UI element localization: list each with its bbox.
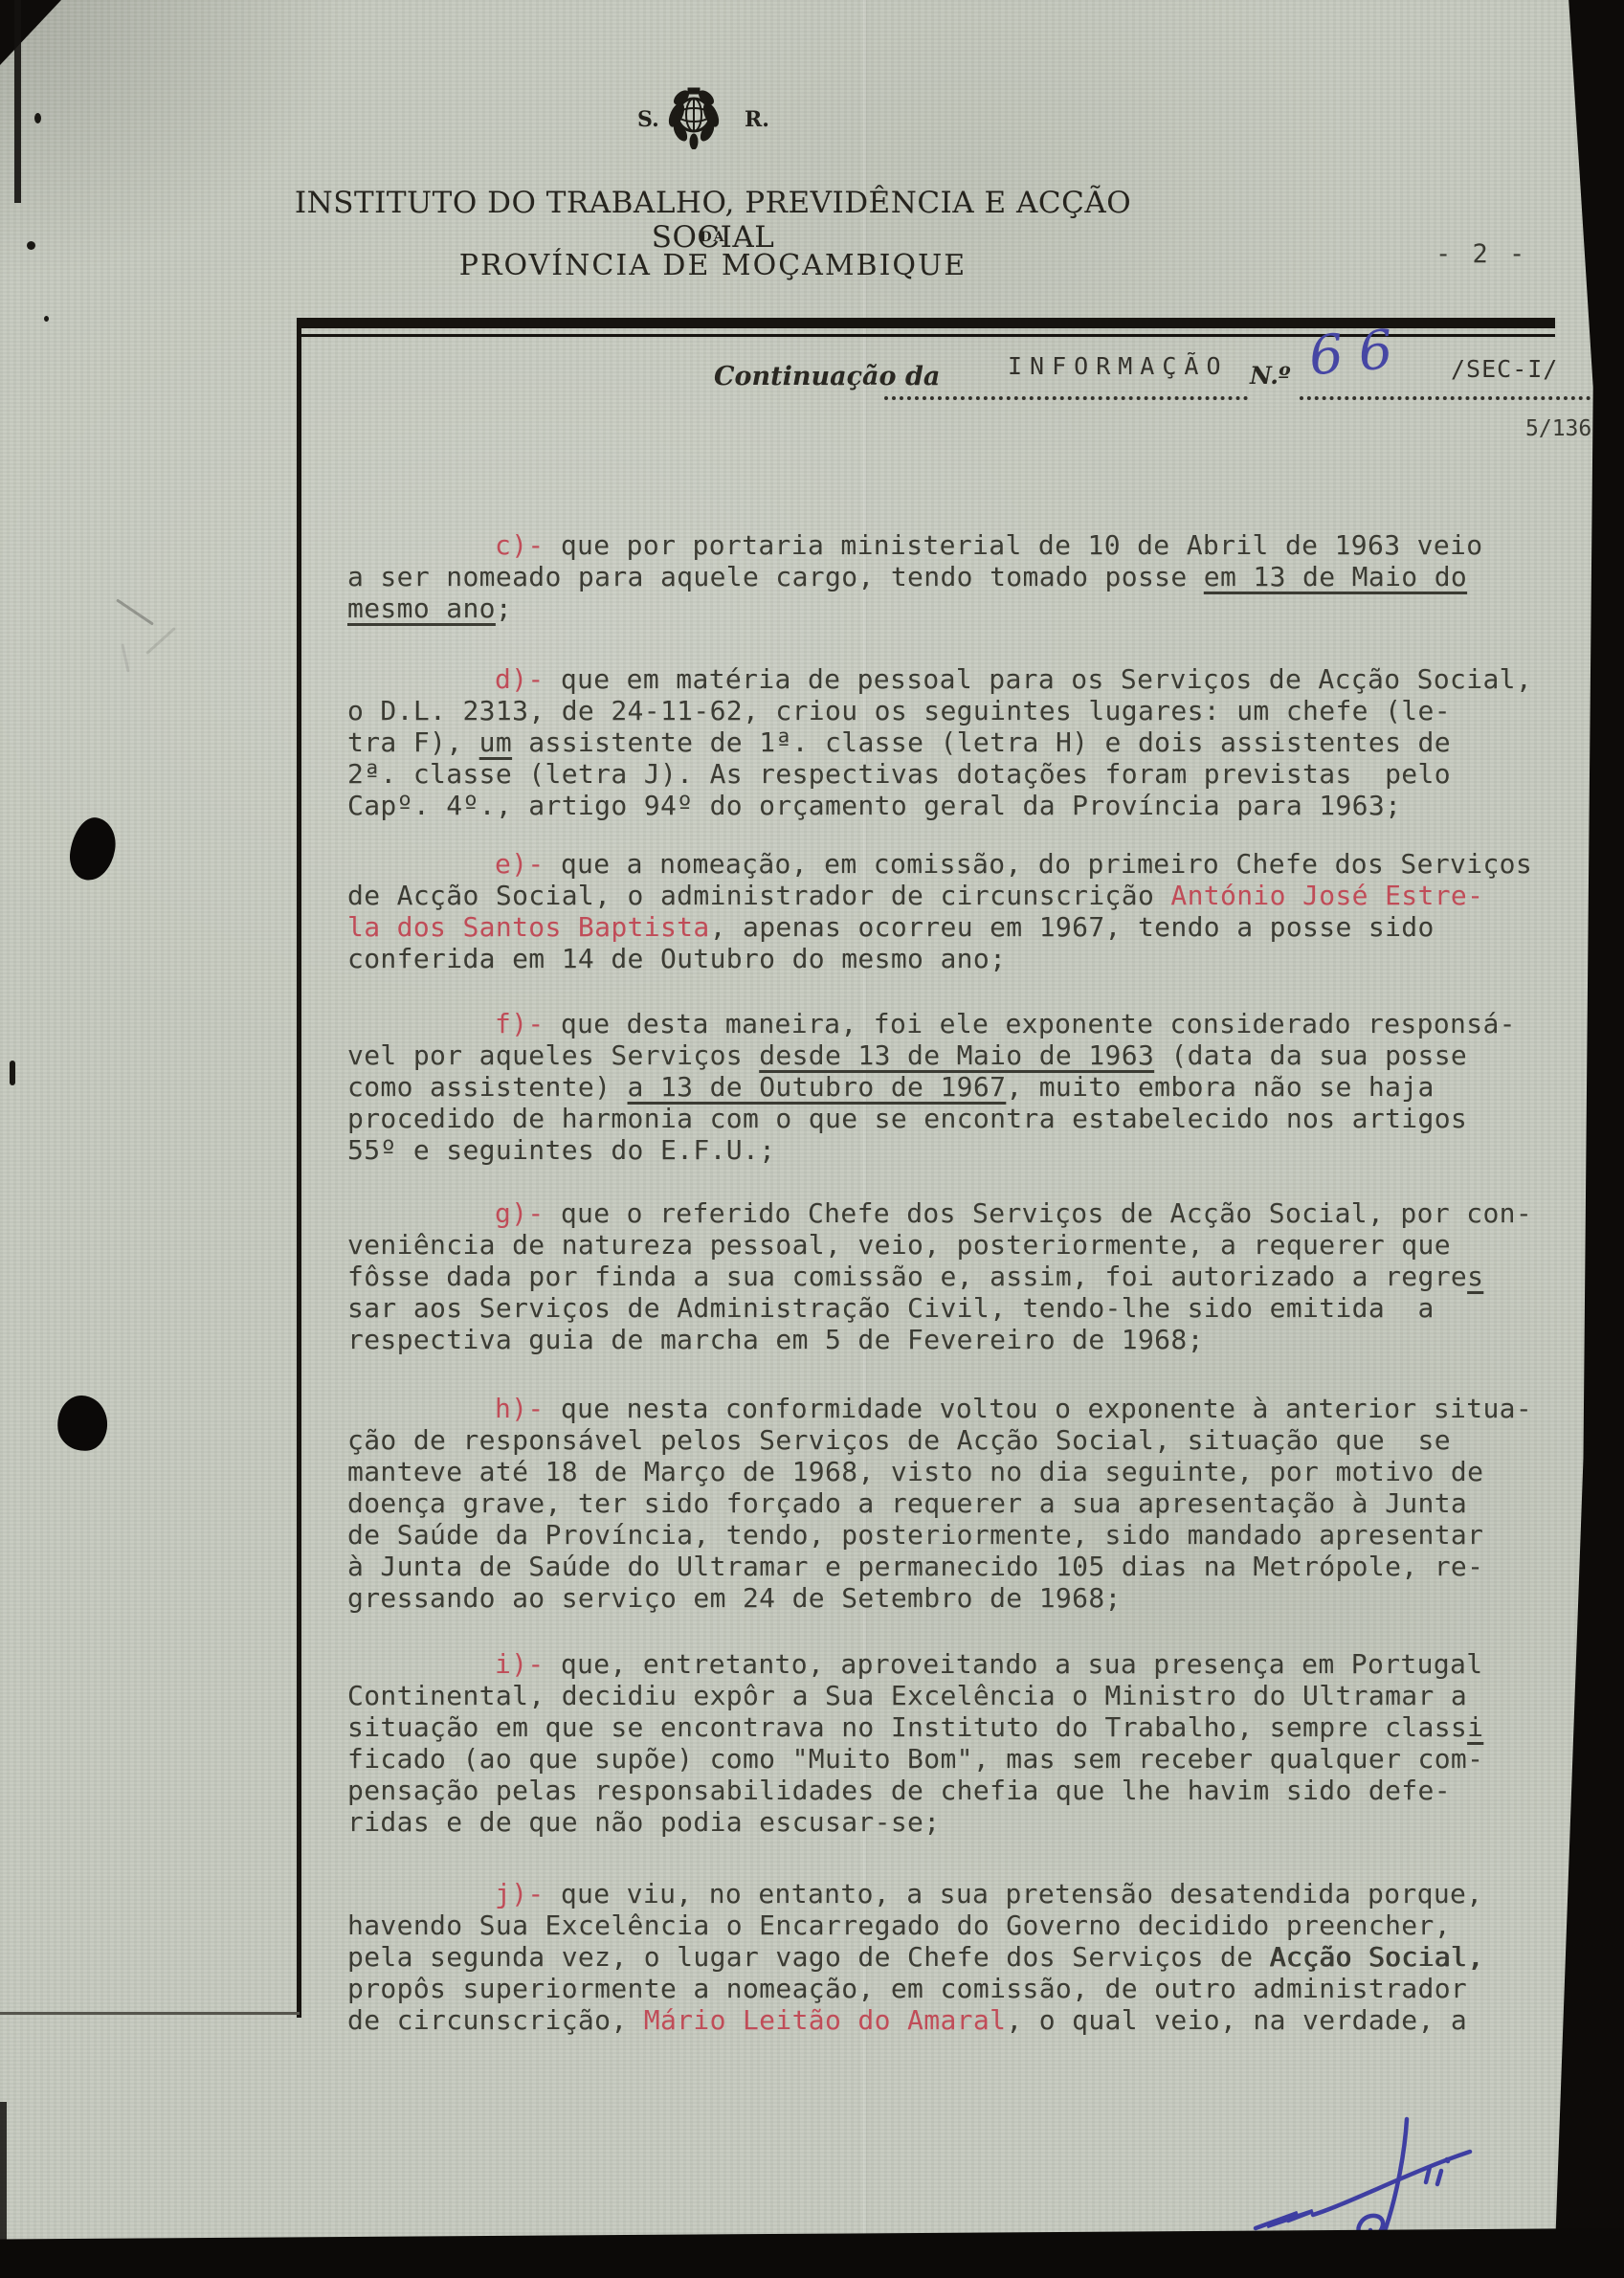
text-line: a ser nomeado para aquele cargo, tendo t… [347,561,1510,592]
paragraph-e: e)- que a nomeação, em comissão, do prim… [347,848,1510,974]
dust-speck [10,1061,15,1085]
text-line: veniência de natureza pessoal, veio, pos… [347,1229,1510,1261]
text-line: mesmo ano; [347,592,1510,624]
dust-speck [44,316,49,322]
text-line: gressando ao serviço em 24 de Setembro d… [347,1582,1510,1614]
pencil-mark [121,644,129,673]
text-line: sar aos Serviços de Administração Civil,… [347,1292,1510,1324]
text-line: o D.L. 2313, de 24-11-62, criou os segui… [347,695,1510,726]
number-label: N.º [1250,362,1290,390]
handwritten-document-number: 66 [1306,318,1411,389]
text-line: ficado (ao que supõe) como "Muito Bom", … [347,1743,1510,1775]
scan-edge-right [1543,0,1624,2278]
text-line: g)- que o referido Chefe dos Serviços de… [347,1197,1510,1229]
text-line: vel por aqueles Serviços desde 13 de Mai… [347,1039,1510,1071]
bottom-margin-line [0,2012,300,2015]
text-line: d)- que em matéria de pessoal para os Se… [347,663,1510,695]
national-emblem-icon [664,86,723,153]
page-number: - 2 - [1435,239,1527,269]
text-line: situação em que se encontrava no Institu… [347,1711,1510,1743]
text-line: Continental, decidiu expôr a Sua Excelên… [347,1680,1510,1711]
document-type: INFORMAÇÃO [1008,352,1229,380]
text-line: h)- que nesta conformidade voltou o expo… [347,1393,1510,1424]
pencil-mark [145,627,176,655]
text-line: propôs superiormente a nomeação, em comi… [347,1973,1510,2004]
dust-speck [34,113,41,123]
text-line: pela segunda vez, o lugar vago de Chefe … [347,1941,1510,1973]
scan-edge-bottom [0,2228,1624,2278]
text-line: havendo Sua Excelência o Encarregado do … [347,1909,1510,1941]
pencil-mark [116,598,154,625]
dust-speck [27,241,35,250]
text-line: à Junta de Saúde do Ultramar e permaneci… [347,1551,1510,1582]
classification-r-mark: R. [745,107,769,132]
text-line: tra F), um assistente de 1ª. classe (let… [347,726,1510,758]
text-line: j)- que viu, no entanto, a sua pretensão… [347,1878,1510,1909]
text-line: respectiva guia de marcha em 5 de Fevere… [347,1324,1510,1355]
scanned-document-page: S. R. INSTITUTO DO TRABALHO, PREVIDÊNCIA… [0,0,1624,2278]
paragraph-j: j)- que viu, no entanto, a sua pretensão… [347,1878,1510,2036]
text-line: e)- que a nomeação, em comissão, do prim… [347,848,1510,880]
text-line: 2ª. classe (letra J). As respectivas dot… [347,758,1510,790]
text-line: conferida em 14 de Outubro do mesmo ano; [347,943,1510,974]
classification-s-mark: S. [637,107,659,132]
text-line: Capº. 4º., artigo 94º do orçamento geral… [347,790,1510,821]
text-line: pensação pelas responsabilidades de chef… [347,1775,1510,1806]
paragraph-h: h)- que nesta conformidade voltou o expo… [347,1393,1510,1614]
punch-hole [55,1393,110,1453]
text-line: de Acção Social, o administrador de circ… [347,880,1510,911]
text-line: ção de responsável pelos Serviços de Acç… [347,1424,1510,1456]
paragraph-f: f)- que desta maneira, foi ele exponente… [347,1008,1510,1166]
paragraph-d: d)- que em matéria de pessoal para os Se… [347,663,1510,821]
text-line: c)- que por portaria ministerial de 10 d… [347,529,1510,561]
file-reference: 5/136 [1525,416,1591,441]
text-line: f)- que desta maneira, foi ele exponente… [347,1008,1510,1039]
text-line: fôsse dada por finda a sua comissão e, a… [347,1261,1510,1292]
text-line: de circunscrição, Mário Leitão do Amaral… [347,2004,1510,2036]
scan-edge-mark [14,0,21,203]
text-line: de Saúde da Província, tendo, posteriorm… [347,1519,1510,1551]
text-line: procedido de harmonia com o que se encon… [347,1103,1510,1134]
paragraph-g: g)- que o referido Chefe dos Serviços de… [347,1197,1510,1355]
org-name-line3: PROVÍNCIA DE MOÇAMBIQUE [263,249,1163,282]
scan-edge-mark-bottom [0,2102,7,2241]
text-line: ridas e de que não podia escusar-se; [347,1806,1510,1838]
org-name-line2: DA [263,230,1163,245]
text-line: 55º e seguintes do E.F.U.; [347,1134,1510,1166]
scan-corner-shadow [0,0,61,65]
punch-hole [67,815,120,883]
section-suffix: /SEC-I/ [1451,355,1558,383]
text-line: como assistente) a 13 de Outubro de 1967… [347,1071,1510,1103]
text-line: manteve até 18 de Março de 1968, visto n… [347,1456,1510,1487]
text-line: i)- que, entretanto, aproveitando a sua … [347,1648,1510,1680]
text-line: la dos Santos Baptista, apenas ocorreu e… [347,911,1510,943]
text-line: doença grave, ter sido forçado a requere… [347,1487,1510,1519]
left-margin-rule [297,318,301,2018]
paragraph-c: c)- que por portaria ministerial de 10 d… [347,529,1510,624]
paragraph-i: i)- que, entretanto, aproveitando a sua … [347,1648,1510,1838]
